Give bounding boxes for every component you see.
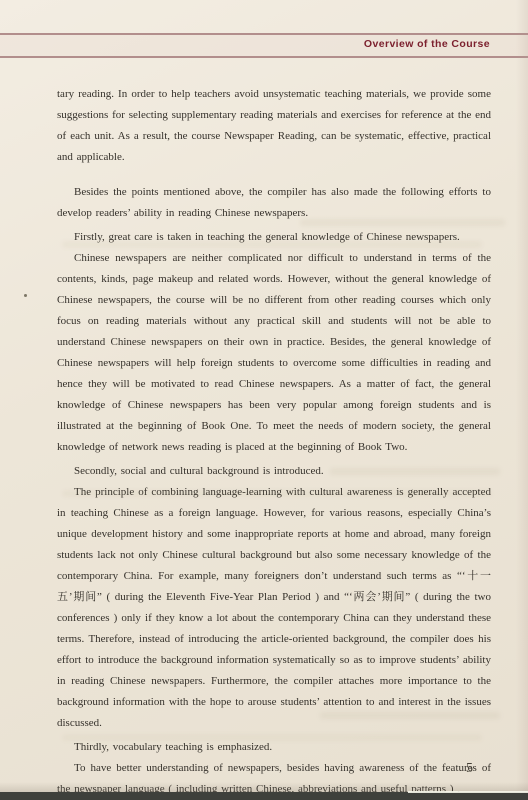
header-rule-bottom — [0, 56, 528, 58]
showthrough-streak — [62, 241, 482, 248]
paragraph: Besides the points mentioned above, the … — [57, 182, 491, 224]
book-page: Overview of the Course tary reading. In … — [0, 0, 528, 800]
showthrough-streak — [330, 468, 500, 475]
paragraph: The principle of combining language-lear… — [57, 482, 491, 734]
page-number: 5 — [466, 761, 473, 777]
running-header-title: Overview of the Course — [364, 38, 490, 50]
page-bottom-edge — [0, 792, 528, 800]
header-rule-top — [0, 33, 528, 35]
showthrough-streak — [300, 219, 505, 226]
paragraph-continuation: tary reading. In order to help teachers … — [57, 84, 491, 168]
body-text-block: tary reading. In order to help teachers … — [57, 84, 491, 800]
showthrough-streak — [62, 734, 482, 741]
ink-speck — [24, 294, 27, 297]
page-edge-shade — [516, 0, 528, 800]
paragraph: Chinese newspapers are neither complicat… — [57, 248, 491, 458]
page-edge-highlight — [408, 791, 528, 793]
showthrough-streak — [62, 490, 492, 497]
showthrough-streak — [320, 712, 500, 719]
